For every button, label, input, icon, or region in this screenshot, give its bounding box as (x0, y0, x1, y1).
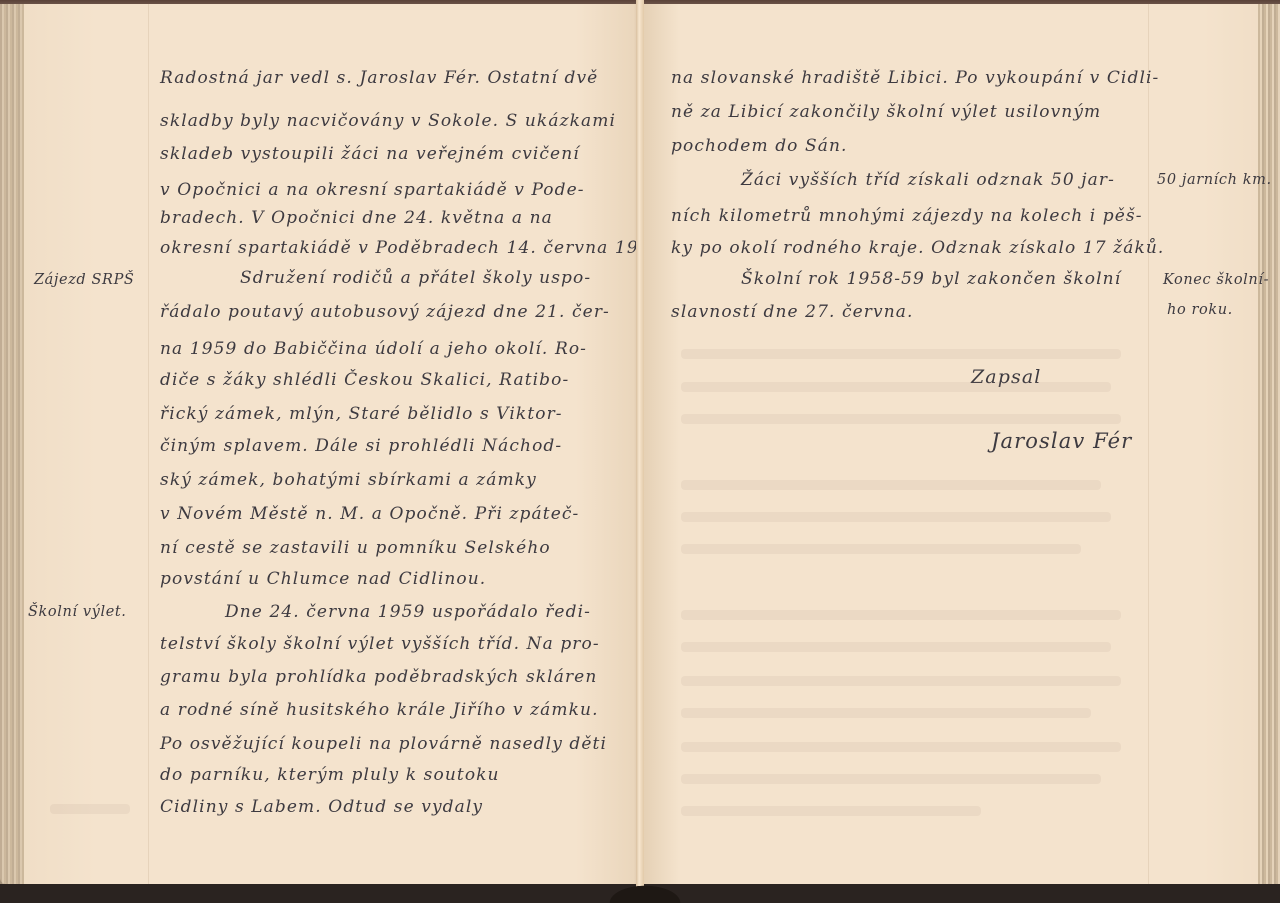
text-line: slavností dne 27. června. (671, 302, 914, 322)
text-line: Radostná jar vedl s. Jaroslav Fér. Ostat… (160, 68, 598, 88)
margin-note-50-km: 50 jarních km. (1157, 172, 1272, 188)
page-edge-stack-left (0, 4, 24, 884)
text-line: okresní spartakiádě v Poděbradech 14. če… (160, 238, 669, 258)
text-line: pochodem do Sán. (671, 136, 848, 156)
left-page: Zájezd SRPŠ Školní výlet. Radostná jar v… (0, 4, 640, 884)
signature-name: Jaroslav Fér (991, 429, 1132, 453)
bleed-through-mark (681, 742, 1121, 752)
text-line: činým splavem. Dále si prohlédli Náchod- (160, 436, 562, 456)
text-line: na slovanské hradiště Libici. Po vykoupá… (671, 68, 1159, 88)
text-line: gramu byla prohlídka poděbradských sklár… (160, 667, 597, 687)
text-line: ský zámek, bohatými sbírkami a zámky (160, 470, 537, 490)
margin-rule-right (1148, 4, 1149, 884)
text-line: a rodné síně husitského krále Jiřího v z… (160, 700, 599, 720)
text-line: skladeb vystoupili žáci na veřejném cvič… (160, 144, 580, 164)
bleed-through-mark (681, 349, 1121, 359)
text-line: v Novém Městě n. M. a Opočně. Při zpáteč… (160, 504, 579, 524)
margin-rule-left (148, 4, 149, 884)
bleed-through-mark (681, 544, 1081, 554)
margin-note-skolni-vylet: Školní výlet. (28, 604, 127, 620)
text-line: diče s žáky shlédli Českou Skalici, Rati… (160, 370, 569, 390)
text-line: Školní rok 1958-59 byl zakončen školní (741, 269, 1121, 289)
margin-note-zajezd: Zájezd SRPŠ (34, 272, 134, 288)
margin-note-konec-skolniho: Konec školní- (1163, 272, 1269, 288)
text-line: řický zámek, mlýn, Staré bělidlo s Vikto… (160, 404, 563, 424)
bleed-through-mark (681, 414, 1121, 424)
page-edge-stack-right (1258, 4, 1280, 884)
text-line: na 1959 do Babiččina údolí a jeho okolí.… (160, 339, 587, 359)
bleed-through-mark (50, 804, 130, 814)
bleed-through-mark (681, 512, 1111, 522)
text-line: telství školy školní výlet vyšších tříd.… (160, 634, 600, 654)
text-line: Po osvěžující koupeli na plovárně nasedl… (160, 734, 607, 754)
text-line: Žáci vyšších tříd získali odznak 50 jar- (741, 170, 1115, 190)
right-page: 50 jarních km. Konec školní- ho roku. na… (641, 4, 1280, 884)
book-spine-gutter (636, 0, 644, 890)
text-line: Cidliny s Labem. Odtud se vydaly (160, 797, 483, 817)
text-line: Sdružení rodičů a přátel školy uspo- (240, 268, 591, 288)
text-line: v Opočnici a na okresní spartakiádě v Po… (160, 180, 585, 200)
bleed-through-mark (681, 708, 1091, 718)
bleed-through-mark (681, 806, 981, 816)
text-line: skladby byly nacvičovány v Sokole. S uká… (160, 111, 616, 131)
text-line: Dne 24. června 1959 uspořádalo ředi- (225, 602, 591, 622)
text-line: ní cestě se zastavili u pomníku Selského (160, 538, 551, 558)
margin-note-roku: ho roku. (1167, 302, 1233, 318)
bleed-through-mark (681, 610, 1121, 620)
text-line: povstání u Chlumce nad Cidlinou. (160, 569, 486, 589)
text-line: do parníku, kterým pluly k soutoku (160, 765, 500, 785)
text-line: ky po okolí rodného kraje. Odznak získal… (671, 238, 1164, 258)
bleed-through-mark (681, 774, 1101, 784)
spine-shadow (600, 881, 690, 903)
bleed-through-mark (681, 480, 1101, 490)
bleed-through-mark (681, 676, 1121, 686)
bleed-through-mark (681, 382, 1111, 392)
bleed-through-mark (681, 642, 1111, 652)
text-line: ních kilometrů mnohými zájezdy na kolech… (671, 206, 1143, 226)
text-line: řádalo poutavý autobusový zájezd dne 21.… (160, 302, 610, 322)
text-line: ně za Libicí zakončily školní výlet usil… (671, 102, 1101, 122)
text-line: bradech. V Opočnici dne 24. května a na (160, 208, 553, 228)
